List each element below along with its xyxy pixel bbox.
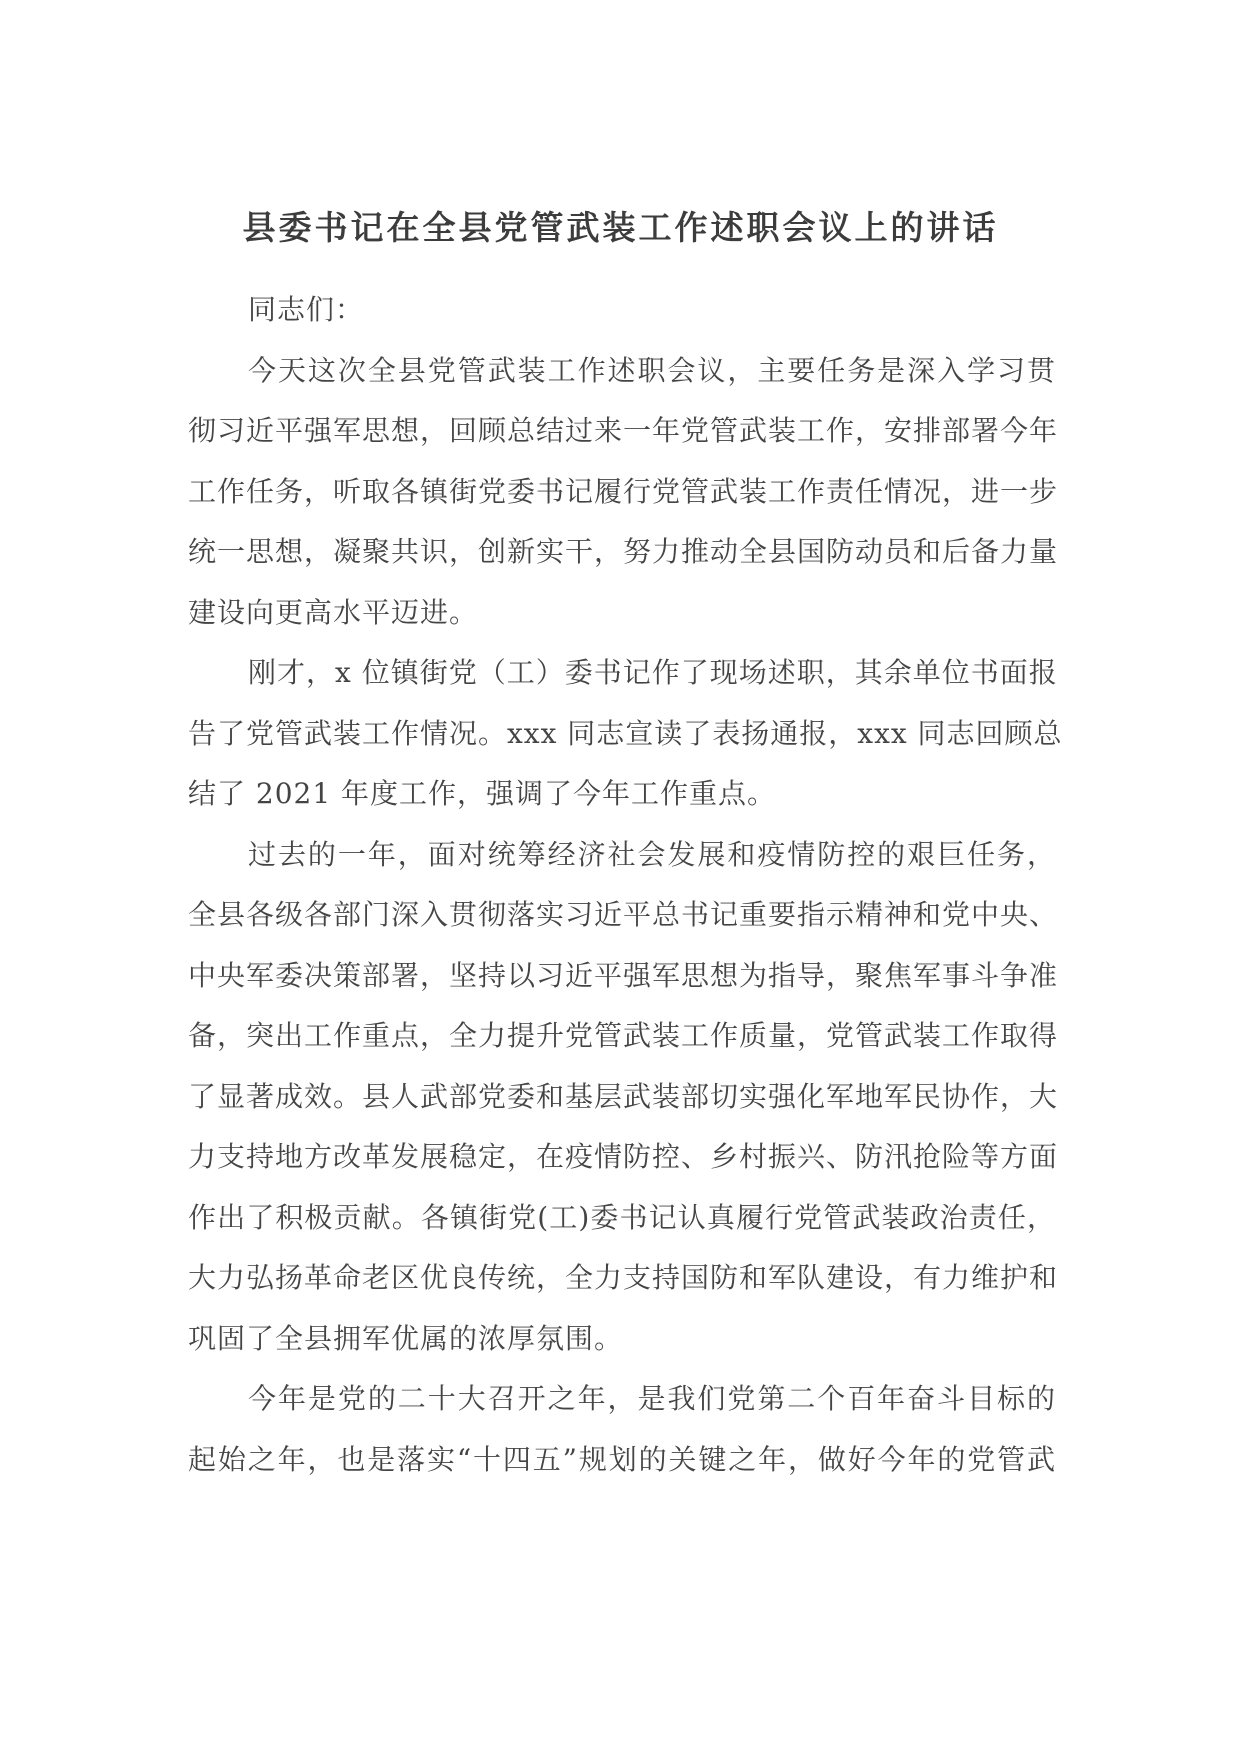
paragraph-line: 建设向更高水平迈进。 [188,583,1056,644]
document-page: 县委书记在全县党管武装工作述职会议上的讲话 同志们： 今天这次全县党管武装工作述… [0,0,1241,1755]
paragraph-line: 今天这次全县党管武装工作述职会议，主要任务是深入学习贯 [188,341,1056,402]
document-body: 同志们： 今天这次全县党管武装工作述职会议，主要任务是深入学习贯 彻习近平强军思… [188,280,1056,1490]
paragraph-line: 作出了积极贡献。各镇街党(工)委书记认真履行党管武装政治责任， [188,1188,1056,1249]
paragraph-line: 中央军委决策部署，坚持以习近平强军思想为指导，聚焦军事斗争准 [188,946,1056,1007]
salutation: 同志们： [188,280,1056,341]
paragraph-line: 全县各级各部门深入贯彻落实习近平总书记重要指示精神和党中央、 [188,885,1056,946]
paragraph-line: 力支持地方改革发展稳定，在疫情防控、乡村振兴、防汛抢险等方面 [188,1127,1056,1188]
paragraph-line: 大力弘扬革命老区优良传统，全力支持国防和军队建设，有力维护和 [188,1248,1056,1309]
paragraph-line: 巩固了全县拥军优属的浓厚氛围。 [188,1309,1056,1370]
paragraph-line: 彻习近平强军思想，回顾总结过来一年党管武装工作，安排部署今年 [188,401,1056,462]
paragraph-3: 过去的一年，面对统筹经济社会发展和疫情防控的艰巨任务， 全县各级各部门深入贯彻落… [188,825,1056,1370]
paragraph-line: 备，突出工作重点，全力提升党管武装工作质量，党管武装工作取得 [188,1006,1056,1067]
paragraph-2: 刚才，x 位镇街党（工）委书记作了现场述职，其余单位书面报 告了党管武装工作情况… [188,643,1056,825]
paragraph-line: 起始之年，也是落实“十四五”规划的关键之年，做好今年的党管武 [188,1430,1056,1491]
paragraph-line: 今年是党的二十大召开之年，是我们党第二个百年奋斗目标的 [188,1369,1056,1430]
paragraph-line: 告了党管武装工作情况。xxx 同志宣读了表扬通报，xxx 同志回顾总 [188,704,1056,765]
paragraph-line: 结了 2021 年度工作，强调了今年工作重点。 [188,764,1056,825]
paragraph-4: 今年是党的二十大召开之年，是我们党第二个百年奋斗目标的 起始之年，也是落实“十四… [188,1369,1056,1490]
paragraph-line: 过去的一年，面对统筹经济社会发展和疫情防控的艰巨任务， [188,825,1056,886]
paragraph-line: 了显著成效。县人武部党委和基层武装部切实强化军地军民协作，大 [188,1067,1056,1128]
document-title: 县委书记在全县党管武装工作述职会议上的讲话 [0,208,1241,248]
paragraph-line: 统一思想，凝聚共识，创新实干，努力推动全县国防动员和后备力量 [188,522,1056,583]
paragraph-line: 刚才，x 位镇街党（工）委书记作了现场述职，其余单位书面报 [188,643,1056,704]
paragraph-line: 工作任务，听取各镇街党委书记履行党管武装工作责任情况，进一步 [188,462,1056,523]
paragraph-1: 今天这次全县党管武装工作述职会议，主要任务是深入学习贯 彻习近平强军思想，回顾总… [188,341,1056,644]
